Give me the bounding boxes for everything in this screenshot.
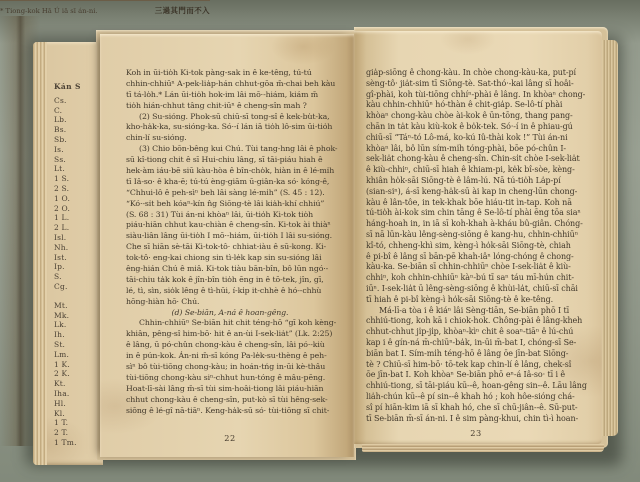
- text-line: (3) Chio bōn-bêng kui Chú. Tùi tang-hng …: [126, 144, 334, 155]
- abbreviation-item: St.: [54, 340, 100, 350]
- text-line: Hoat-lī-sài lâng m̄-sī tùi sim-hoâi-tion…: [126, 384, 334, 395]
- text-line: chin-lí su-sióng.: [126, 133, 334, 144]
- right-page-edges: [602, 40, 618, 436]
- abbreviation-list-2: Mt.Mk.Lk.Ih.St.Lm.1 K.2 K.Kt.Iha.Hl.Kl.1…: [54, 301, 100, 448]
- abbreviation-item: 1 T.: [54, 418, 100, 428]
- abbreviation-item: 1 K.: [54, 360, 100, 370]
- abbreviation-item: Lb.: [54, 115, 100, 125]
- abbreviation-item: C.: [54, 106, 100, 116]
- abbreviation-item: Isl.: [54, 233, 100, 243]
- abbreviation-item: Mk.: [54, 311, 100, 321]
- text-line: chhut chong-kàu ê cheng-sîn, put-kò sī t…: [126, 395, 334, 406]
- text-line: khòaⁿ lâi, bô lūn sím-mi̍h tóng-phài, bō…: [366, 144, 586, 155]
- text-line: khiân ho̍k-sāi Siōng-tè ê lâm-lú. Nā tú-…: [366, 176, 586, 187]
- text-line: tī Se-biān m̄-sī án-ni. I ê sim pàng-khu…: [366, 414, 586, 425]
- text-line: biān bat I. Sím-mi̍h téng-hō ê lâng ōe j…: [366, 349, 586, 360]
- abbreviation-item: Iha.: [54, 389, 100, 399]
- abbreviation-item: Ih.: [54, 330, 100, 340]
- text-line: kî-tó, chheng-khì sim, kèng-ì ho̍k-sāi S…: [366, 241, 586, 252]
- text-line: ê lâng, ū pó-chûn chong-kàu ê cheng-sîn,…: [126, 340, 334, 351]
- text-line: Chhin-chhiūⁿ Se-biān hit chit téng-hō “g…: [126, 318, 334, 329]
- abbreviation-item: Mt.: [54, 301, 100, 311]
- text-line: sìⁿ bô tùi-tiōng chong-kàu; in hoán-tńg …: [126, 362, 334, 373]
- text-line: ê pi-bî ê lâng sī bān-pē khah-iâⁿ lóng-c…: [366, 252, 586, 263]
- text-line: khòaⁿ chong-kàu chòe ài-kok ê ūn-tōng, t…: [366, 111, 586, 122]
- abbreviation-column: Kán S Cs.C.Lb.Bs.Sb.Is.Ss.Lt.1 S.2 S.1 O…: [54, 82, 100, 448]
- abbreviation-item: Sb.: [54, 135, 100, 145]
- abbreviation-item: Ist.: [54, 253, 100, 263]
- abbreviation-item: Is.: [54, 145, 100, 155]
- text-line: tī tá-lo̍h.* Lán ūi-tio̍h hok-im lâi mō·…: [126, 90, 334, 101]
- text-line: in ê pún-kok. Án-ni m̄-sī kóng Pa-le̍k-s…: [126, 351, 334, 362]
- text-line: siōng ê lé-gî nā-tiāⁿ. Keng-ha̍k-sū só· …: [126, 406, 334, 417]
- right-bottom-edges: [362, 444, 604, 452]
- text-line: sî pí hiān-kim iā sī khah hó, che sī chū…: [366, 403, 586, 414]
- text-line: Koh in ūi-tio̍h Ki-tok pàng-sak in ê ke-…: [126, 68, 334, 79]
- text-line: (d) Se-biān, A-ná ê hoan-gêng.: [126, 308, 334, 319]
- text-line: lia̍h-chún kū--ê pí sin--ê khah hó ; koh…: [366, 392, 586, 403]
- text-line: tú-tio̍h ài-kok sim chin tāng ê Se-lô-tí…: [366, 208, 586, 219]
- text-line: hōng-hiàn hō· Chú.: [126, 297, 334, 308]
- text-line: chhiú-tiong, koh kā i chiok-hok. Chông-p…: [366, 316, 586, 327]
- abbreviation-item: 1 L.: [54, 213, 100, 223]
- text-line: gia̍p-siōng ê chong-kàu. In chòe chong-k…: [366, 68, 586, 79]
- abbreviation-item: Cs.: [54, 96, 100, 106]
- text-line: êng-hián Chú ê miâ. Ki-tok tiàu bān-bîn,…: [126, 264, 334, 275]
- text-line: “Chhui-lô ê peh-sìⁿ beh lâi sàng lé-mi̍h…: [126, 188, 334, 199]
- text-line: lé, tì, sìn, sio̍k lêng ê tì-hūi, í-ki̍p…: [126, 286, 334, 297]
- text-line: piáu-hiān chhut kau-chiàn ê cheng-sîn. K…: [126, 220, 334, 231]
- text-line: gî-phài, koh tùi-tiōng chhíⁿ-phài ê lâng…: [366, 90, 586, 101]
- abbreviation-item: Hl.: [54, 399, 100, 409]
- text-line: tī Iâ-so· ê kha-ē; tú-tú èng-giām ū-giân…: [126, 177, 334, 188]
- text-line: iūⁿ. I-sek-lia̍t ū lêng-sèng-siōng ê khù…: [366, 284, 586, 295]
- abbreviation-item: Ip.: [54, 262, 100, 272]
- abbreviation-item: 1 Tm.: [54, 438, 100, 448]
- text-line: chhiⁿ, koh chhin-chhiūⁿ kàⁿ-bú tī saⁿ tá…: [366, 273, 586, 284]
- text-line: sī nā lūn-kàu lêng-sèng-siōng ê kang-hu,…: [366, 230, 586, 241]
- text-line: kho-ha̍k-ka, su-sióng-ka. Só·-í lán iā t…: [126, 122, 334, 133]
- text-line: (2) Su-sióng. Phok-sū chiū-sī tong-sî ê …: [126, 112, 334, 123]
- page-number-right: 23: [366, 428, 586, 438]
- abbreviation-item: Kl.: [54, 409, 100, 419]
- abbreviation-item: 1 S.: [54, 174, 100, 184]
- abbreviation-item: Lm.: [54, 350, 100, 360]
- text-line: (sian-siⁿ), á-sī keng-ha̍k-sū ài kap in …: [366, 187, 586, 198]
- text-line: sū kî-tiong chit ê sī Hui-chiu lâng, sī …: [126, 155, 334, 166]
- text-line: sek-lia̍t chong-kàu ê cheng-sîn. Chin-si…: [366, 154, 586, 165]
- text-line: “Kó·-si̍t beh kóaⁿ-kín n̂g Siōng-tè lâi …: [126, 199, 334, 210]
- left-fore-edges: [33, 42, 47, 465]
- text-line: hek-àm iáu-bē siū kàu-hòa ê bîn-cho̍k, h…: [126, 166, 334, 177]
- text-line: sèng-tô· jia̍t-sim tī Siōng-tè. Sat-thó·…: [366, 79, 586, 90]
- abbreviation-gap: [54, 292, 100, 301]
- abbreviation-item: 1 O.: [54, 194, 100, 204]
- text-line: háng-hoah in, in iā sī koh-khah à-kháu b…: [366, 219, 586, 230]
- abbreviation-item: Kt.: [54, 379, 100, 389]
- abbreviation-item: Cg.: [54, 282, 100, 292]
- text-line: tùi-tiōng chong-kàu siⁿ-chhut hun-tóng ê…: [126, 373, 334, 384]
- text-line: khiân, pêng-sî him-bō· hit ê an-ùi I-sek…: [126, 329, 334, 340]
- text-line: chān in ta̍t kàu kiù-kok ê bo̍k-tek. Só·…: [366, 122, 586, 133]
- text-line: Che sī hiān sè-tāi Ki-tok-tô· chhiat-iàu…: [126, 242, 334, 253]
- text-line: ê kiù-chhiⁿ, chiū-sī hiah ê khiam-pi, ke…: [366, 165, 586, 176]
- abbreviation-header: Kán S: [54, 82, 100, 92]
- text-line: Má-lī-a tòa i ê kiáⁿ lâi Sèng-tiān, Se-b…: [366, 306, 586, 317]
- text-line: chhut-chhut ji̍p-ji̍p, khòaⁿ-kìⁿ chit ê …: [366, 327, 586, 338]
- abbreviation-item: 2 K.: [54, 369, 100, 379]
- footnote: * Tiong-kok Hā Ú iā sī án-ni. 三過其門而不入: [0, 0, 210, 16]
- footnote-cjk-text: 三過其門而不入: [155, 5, 210, 16]
- abbreviation-item: Lt.: [54, 164, 100, 174]
- left-page-text: Koh in ūi-tio̍h Ki-tok pàng-sak in ê ke-…: [126, 68, 334, 417]
- abbreviation-item: 2 T.: [54, 428, 100, 438]
- text-line: tāi-chiu ta̍k kok ê jîn-bîn tio̍h ēng in…: [126, 275, 334, 286]
- text-line: siàu-liân lâng ūi-tio̍h I mō·-hiám, ūi-t…: [126, 231, 334, 242]
- abbreviation-list-1: Cs.C.Lb.Bs.Sb.Is.Ss.Lt.1 S.2 S.1 O.2 O.1…: [54, 96, 100, 292]
- right-page-text: gia̍p-siōng ê chong-kàu. In chòe chong-k…: [366, 68, 586, 424]
- text-line: tio̍h hián-chhut tâng chit-iūⁿ ê cheng-s…: [126, 101, 334, 112]
- text-line: tè ? Chiū-sī him-bō· tō-tek kap chin-lí …: [366, 360, 586, 371]
- text-line: tok-tô· eng-kai chiong sin tì-le̍k kap s…: [126, 253, 334, 264]
- text-line: tī hiah ê pi-bî kèng-ì ho̍k-sāi Siōng-tè…: [366, 295, 586, 306]
- text-line: kàu chhin-chhiūⁿ hó-thàn ê chit-gia̍p. S…: [366, 100, 586, 111]
- text-line: kàu-ka. Se-biān sī chhin-chhiūⁿ chòe I-s…: [366, 262, 586, 273]
- text-line: chiū-sī “Táⁿ-tó Lô-má, ko-kú Iû-thài kok…: [366, 133, 586, 144]
- text-line: chhin-chhiūⁿ A-pek-lia̍p-hán chhut-gōa m…: [126, 79, 334, 90]
- abbreviation-item: 2 L.: [54, 223, 100, 233]
- footnote-text: * Tiong-kok Hā Ú iā sī án-ni.: [0, 7, 98, 15]
- abbreviation-item: Lk.: [54, 320, 100, 330]
- abbreviation-item: Ss.: [54, 155, 100, 165]
- abbreviation-item: Nh.: [54, 243, 100, 253]
- photo-backdrop: Kán S Cs.C.Lb.Bs.Sb.Is.Ss.Lt.1 S.2 S.1 O…: [0, 0, 640, 482]
- abbreviation-item: 2 O.: [54, 204, 100, 214]
- text-line: chhiú-tiong, sī tāi-piáu kū--ê, hoan-gên…: [366, 381, 586, 392]
- text-line: (S. 68 : 31) Tùi án-ni khòaⁿ lâi, ūi-tio…: [126, 210, 334, 221]
- abbreviation-item: Bs.: [54, 125, 100, 135]
- abbreviation-item: 2 S.: [54, 184, 100, 194]
- text-line: kàu ê lân-tôe, in tek-khak bōe hiáu-tit …: [366, 198, 586, 209]
- page-number-left: 22: [126, 433, 334, 443]
- abbreviation-item: S.: [54, 272, 100, 282]
- text-line: kap i ê gín-ná m̄-chiūⁿ-ba̍k, in-ūi m̄-b…: [366, 338, 586, 349]
- text-line: ōe jīn-bat I. Koh khòaⁿ Se-biān phō eⁿ-á…: [366, 370, 586, 381]
